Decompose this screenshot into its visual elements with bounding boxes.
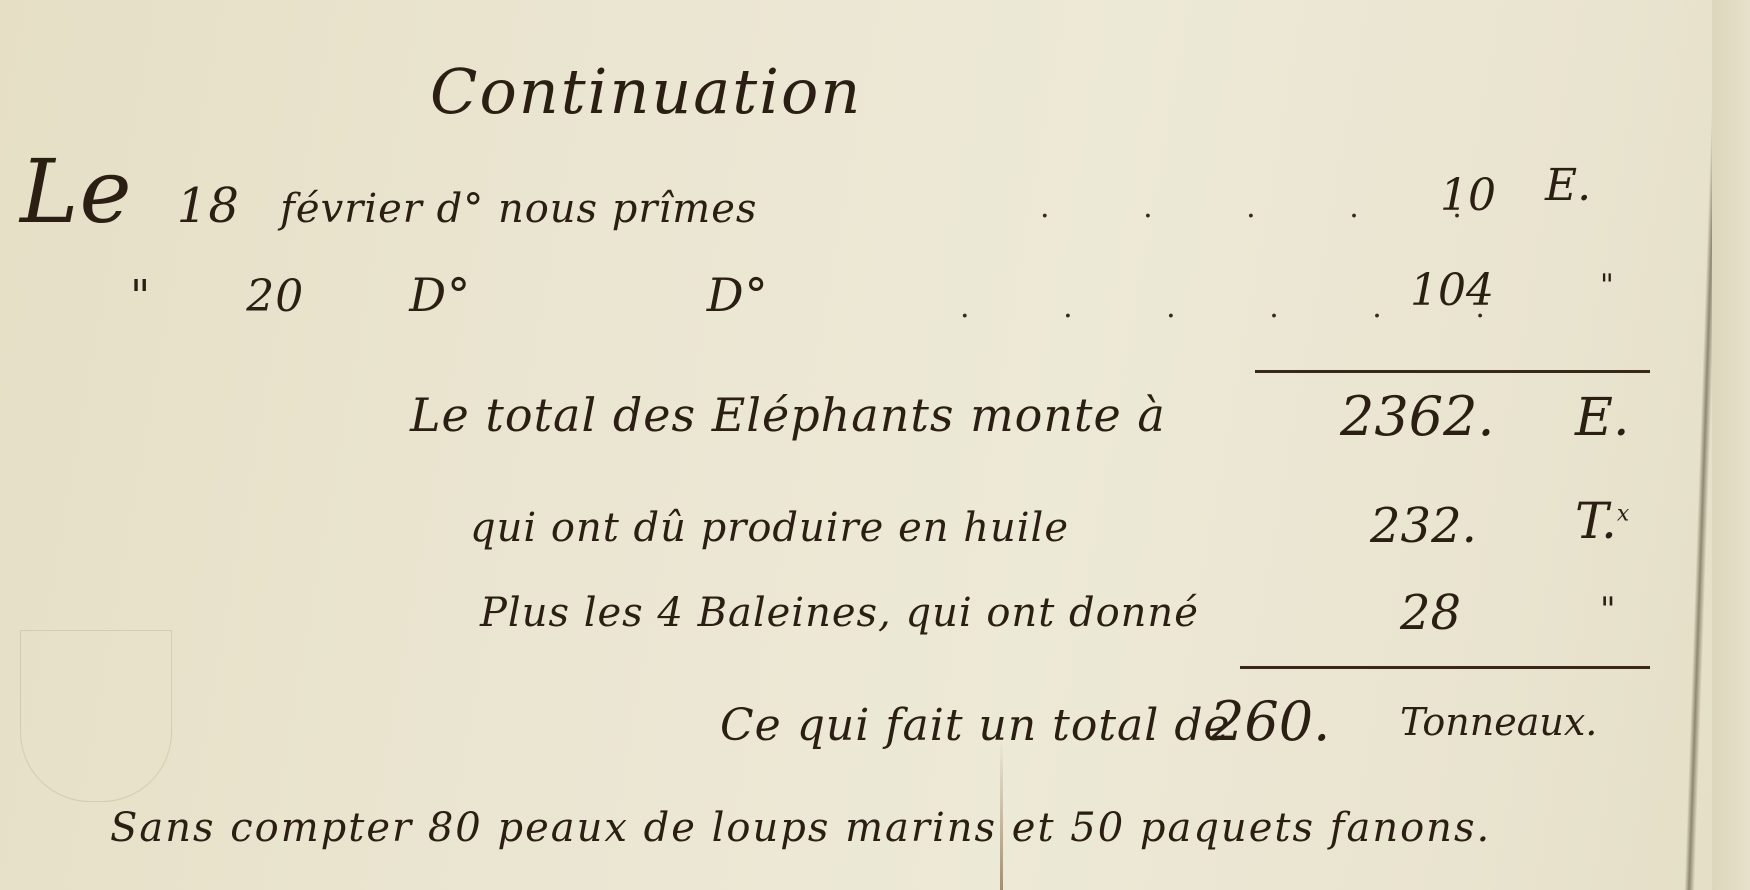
facing-page-edge <box>1712 0 1750 890</box>
entry-text: février d° nous prîmes <box>280 186 757 232</box>
entry-prefix: Le <box>20 140 133 243</box>
total-unit: E. <box>1575 388 1630 448</box>
grand-total-amount: 260. <box>1210 690 1330 753</box>
total-text: qui ont dû produire en huile <box>470 505 1069 551</box>
total-row-oil: qui ont dû produire en huile <box>470 505 1069 551</box>
total-text: Le total des Eléphants monte à <box>410 388 1166 442</box>
entry-text: D° D° <box>409 268 768 322</box>
entry-amount: 10 <box>1440 170 1496 221</box>
sum-rule <box>1255 370 1650 373</box>
entry-amount: 104 <box>1410 265 1494 316</box>
entry-row-2: " 20 D° D° <box>130 268 769 322</box>
total-amount: 28 <box>1400 585 1461 641</box>
total-row-whales: Plus les 4 Baleines, qui ont donné <box>480 590 1199 636</box>
entry-row-1: Le 18 février d° nous prîmes <box>20 140 757 243</box>
grand-total-text: Ce qui fait un total de <box>720 700 1231 751</box>
paper-watermark <box>20 630 172 802</box>
unit-mark: x <box>1617 501 1629 526</box>
total-unit: " <box>1600 590 1616 630</box>
total-text: Plus les 4 Baleines, qui ont donné <box>480 590 1199 636</box>
total-row-elephants: Le total des Eléphants monte à <box>410 388 1166 442</box>
dot-leader: . . . . . <box>1040 190 1504 225</box>
footnote-line: Sans compter 80 peaux de loups marins et… <box>110 805 1491 851</box>
entry-unit: E. <box>1545 160 1591 211</box>
grand-total-row: Ce qui fait un total de <box>720 700 1231 751</box>
total-unit: T.x <box>1575 492 1629 550</box>
manuscript-page: Continuation Le 18 février d° nous prîme… <box>0 0 1750 890</box>
entry-day: 18 <box>177 178 240 234</box>
total-amount: 2362. <box>1340 385 1495 448</box>
sum-rule <box>1240 666 1650 669</box>
entry-unit: " <box>1600 268 1614 303</box>
grand-total-unit: Tonneaux. <box>1400 700 1597 744</box>
entry-day: 20 <box>246 271 304 322</box>
page-heading: Continuation <box>430 55 862 128</box>
entry-prefix: " <box>130 271 151 322</box>
total-amount: 232. <box>1370 498 1477 554</box>
